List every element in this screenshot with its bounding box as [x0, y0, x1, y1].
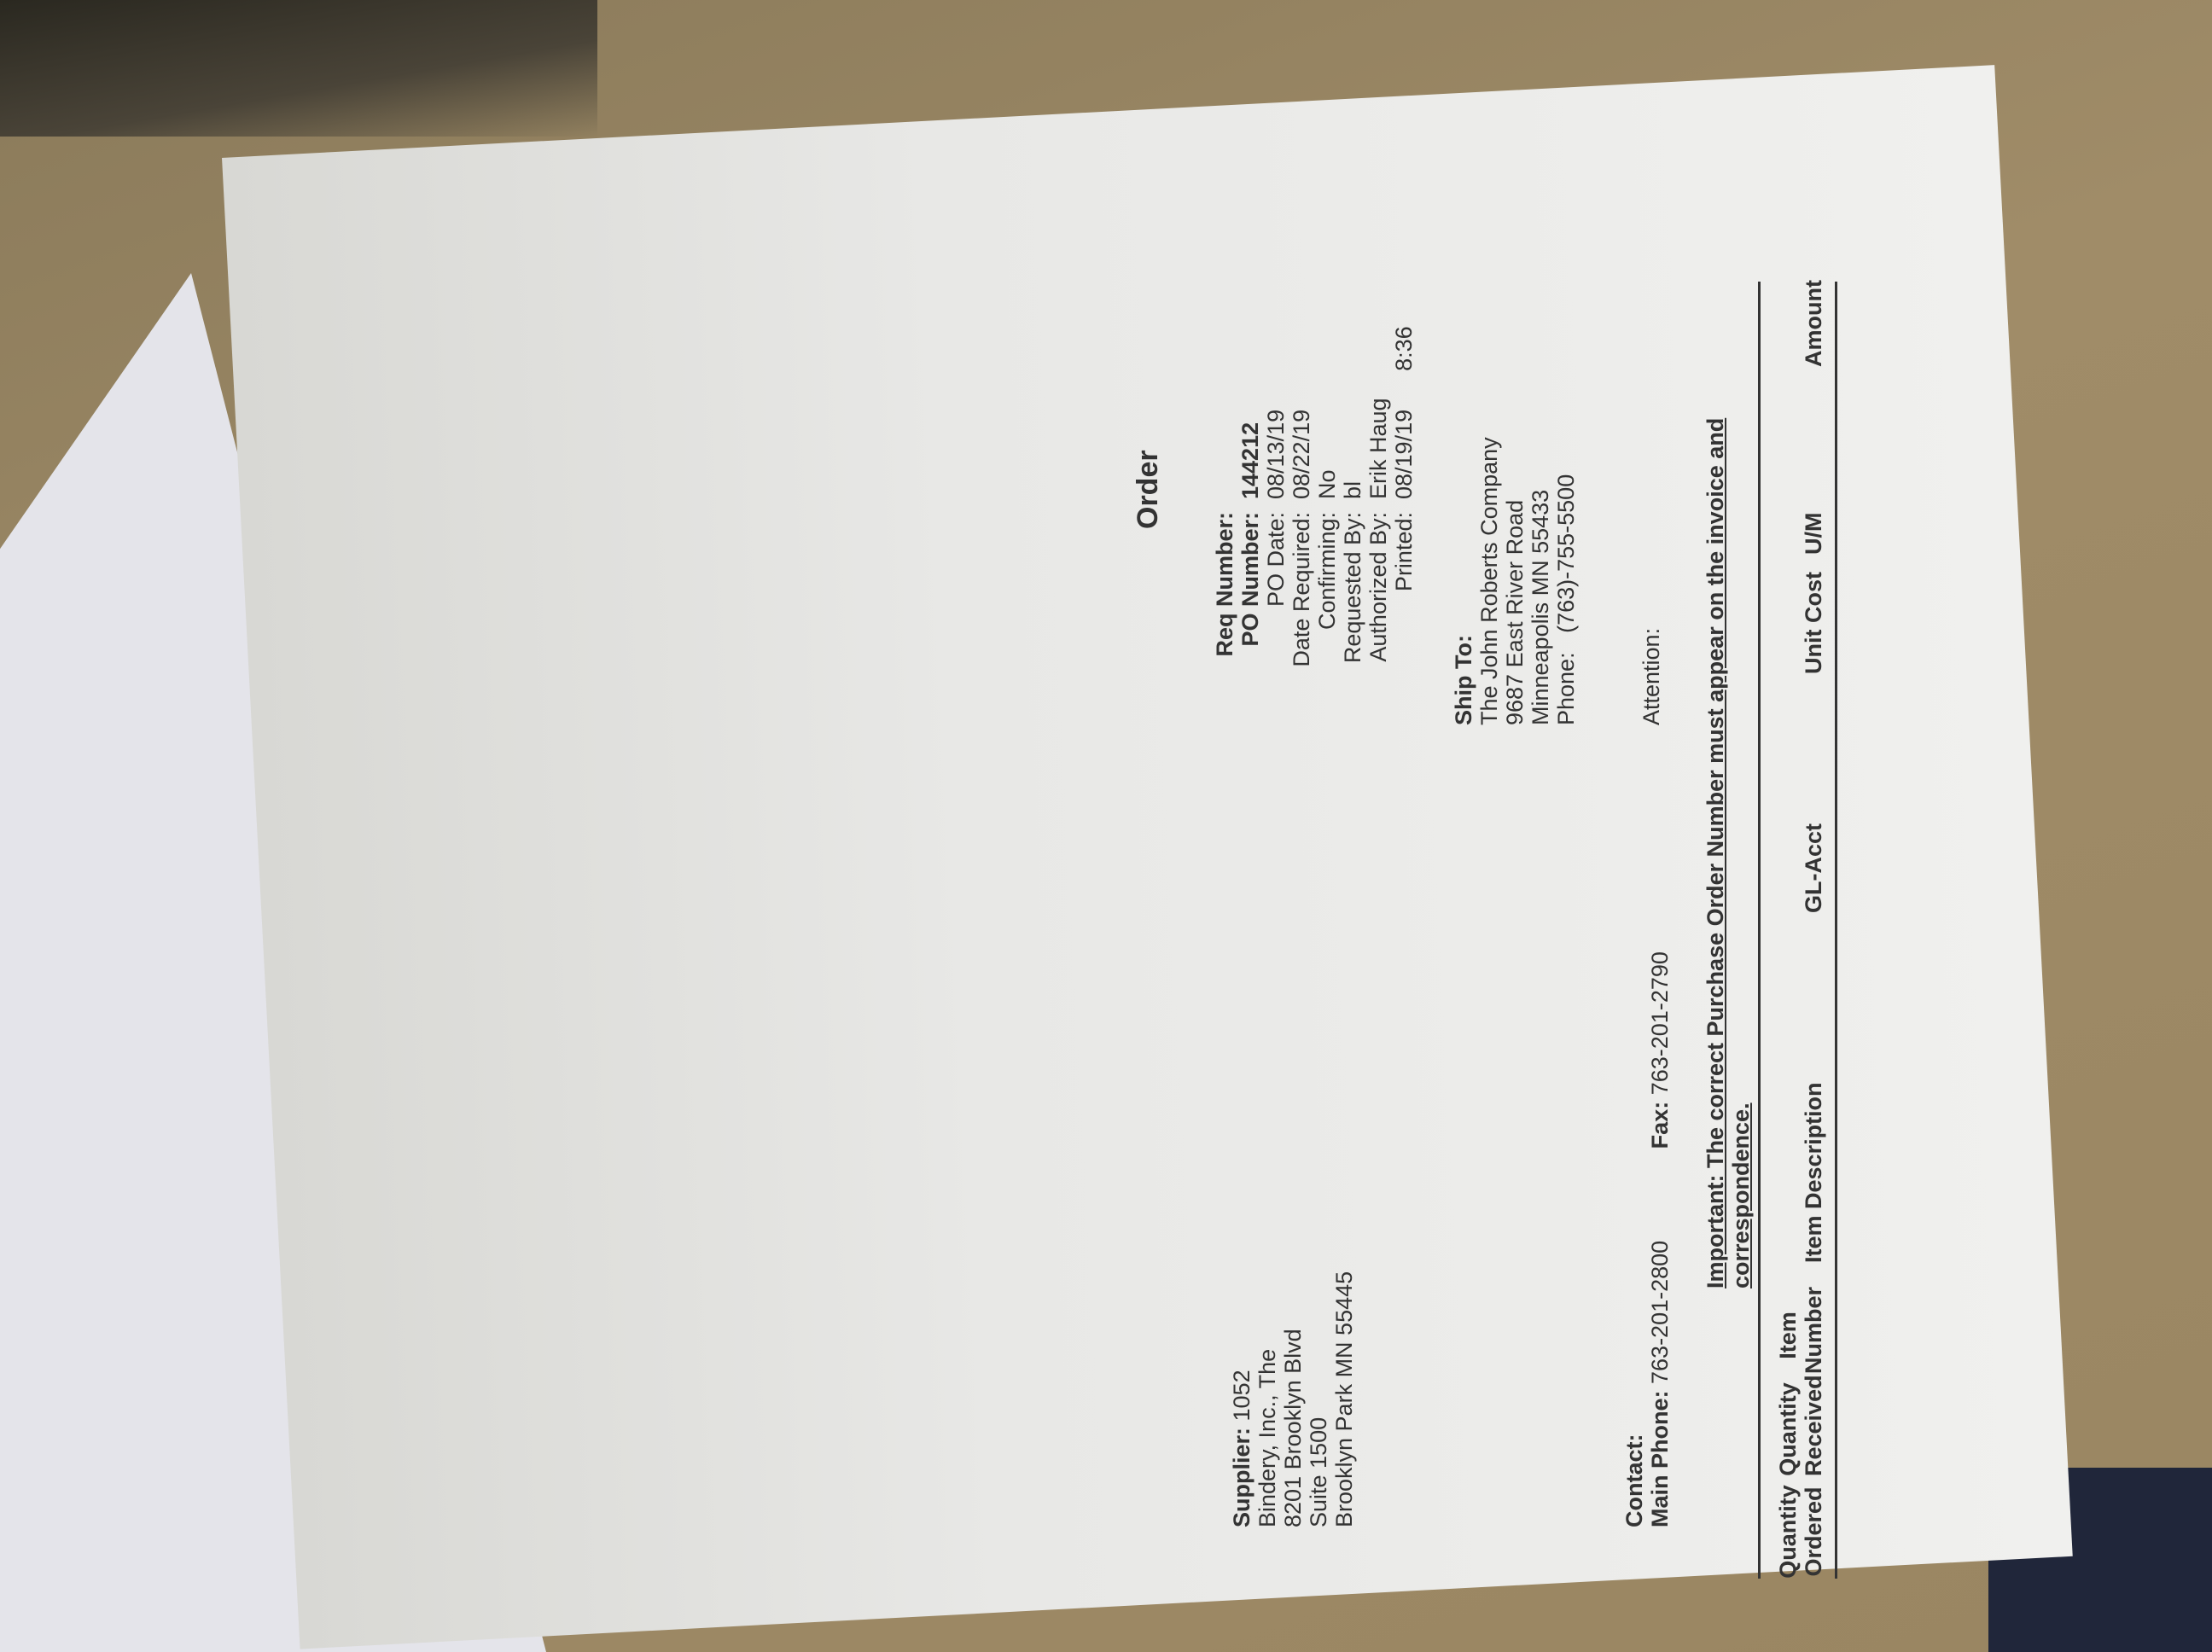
col-um: U/M: [1801, 513, 1826, 556]
supplier-block: Supplier: 1052 Bindery, Inc., The 8201 B…: [1229, 1271, 1357, 1527]
po-values: 144212 08/13/19 08/22/19 No bl Erik Haug…: [1237, 326, 1417, 499]
background-object: [0, 0, 597, 137]
ship-to-block: Ship To: The John Roberts Company 9687 E…: [1451, 437, 1579, 725]
notice: Important: The correct Purchase Order Nu…: [1703, 247, 1754, 1288]
doc-title: Order: [1135, 450, 1161, 529]
col-item-number: Item Number: [1775, 1297, 1826, 1374]
attention-label: Attention:: [1639, 628, 1664, 725]
col-description: Item Description: [1801, 1082, 1826, 1263]
po-labels: Req Number: PO Number: PO Date: Date Req…: [1212, 512, 1417, 725]
divider: [1835, 282, 1837, 1579]
purchase-order: Order Req Number: PO Number: PO Date: Da…: [853, 247, 1860, 1579]
po-number: 144212: [1237, 326, 1263, 499]
col-unit-cost: Unit Cost: [1801, 572, 1826, 674]
divider: [1758, 282, 1761, 1579]
col-gl-acct: GL-Acct: [1801, 823, 1826, 913]
col-qty-received: Quantity Received: [1775, 1382, 1826, 1476]
col-qty-ordered: Quantity Ordered: [1775, 1485, 1826, 1579]
contact-block: Contact: Main Phone: 763-201-2800 Fax: 7…: [1621, 951, 1673, 1527]
col-amount: Amount: [1801, 280, 1826, 367]
